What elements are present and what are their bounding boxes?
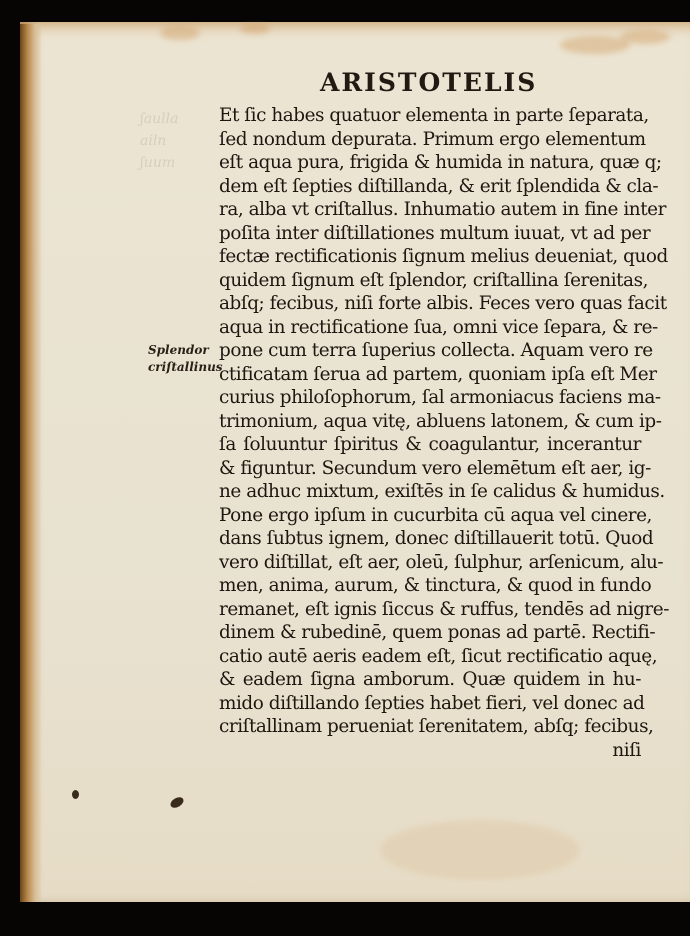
text-line: curius philoſophorum, ſal armoniacus fac… [219, 386, 641, 410]
text-line: ſa ſoluuntur ſpiritus & coagulantur, inc… [219, 433, 641, 457]
text-line: dem eſt ſepties diſtillanda, & erit ſple… [219, 175, 641, 199]
text-line: abſq; fecibus, niſi forte albis. Feces v… [219, 292, 641, 316]
text-line: vero diſtillat, eſt aer, oleū, ſulphur, … [219, 551, 641, 575]
text-line: & eadem ſigna amborum. Quæ quidem in hu- [219, 668, 641, 692]
body-text: Et ſic habes quatuor elementa in parte ſ… [219, 104, 641, 762]
text-line: aqua in rectificatione ſua, omni vice ſe… [219, 316, 641, 340]
foxing-stain [380, 820, 580, 880]
text-line: dinem & rubedinē, quem ponas ad partē. R… [219, 621, 641, 645]
page-gutter-edge [20, 24, 42, 902]
text-line: ra, alba vt criſtallus. Inhumatio autem … [219, 198, 641, 222]
foxing-stain [560, 36, 630, 54]
text-line: catio autē aeris eadem eſt, ſicut rectif… [219, 645, 641, 669]
text-line: eſt aqua pura, frigida & humida in natur… [219, 151, 641, 175]
text-line: pone cum terra ſuperius collecta. Aquam … [219, 339, 641, 363]
marginal-note-line: Splendor [148, 342, 223, 359]
text-line: dans ſubtus ignem, donec diſtillauerit t… [219, 527, 641, 551]
text-line: & figuntur. Secundum vero elemētum eſt a… [219, 457, 641, 481]
text-line: mido diſtillando ſepties habet fieri, ve… [219, 692, 641, 716]
text-line: criſtallinam perueniat ſerenitatem, abſq… [219, 715, 641, 739]
text-line: fectæ rectificationis ſignum melius deue… [219, 245, 641, 269]
marginal-note-line: criſtallinus [148, 359, 223, 376]
text-line: remanet, eſt ignis ſiccus & ruffus, tend… [219, 598, 641, 622]
bleed-through-text: ʃaulla ailn ʃuum [140, 108, 178, 174]
text-line: quidem ſignum eſt ſplendor, criſtallina … [219, 269, 641, 293]
text-line: ſed nondum depurata. Primum ergo element… [219, 128, 641, 152]
text-line: trimonium, aqua vitę, abluens latonem, &… [219, 410, 641, 434]
running-head: ARISTOTELIS [320, 68, 537, 97]
text-line: Pone ergo ipſum in cucurbita cū aqua vel… [219, 504, 641, 528]
text-line: Et ſic habes quatuor elementa in parte ſ… [219, 104, 641, 128]
ink-spot [72, 790, 79, 799]
foxing-stain [620, 30, 670, 44]
catchword: niſi [219, 739, 641, 763]
foxing-stain [160, 26, 200, 40]
text-line: ne adhuc mixtum, exiſtēs in ſe calidus &… [219, 480, 641, 504]
foxing-stain [240, 24, 270, 34]
marginal-note: Splendor criſtallinus [148, 342, 223, 376]
text-line: men, anima, aurum, & tinctura, & quod in… [219, 574, 641, 598]
text-line: poſita inter diſtillationes multum iuuat… [219, 222, 641, 246]
text-line: ctificatam ſerua ad partem, quoniam ipſa… [219, 363, 641, 387]
